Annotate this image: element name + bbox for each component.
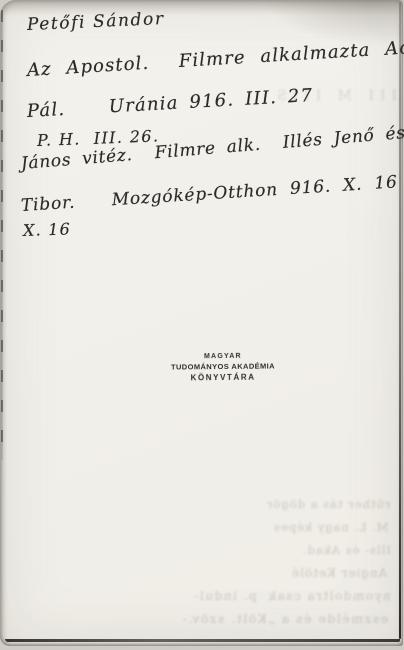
bleedthrough-line: rüther tás a dögör — [266, 497, 391, 511]
scan-left-edge — [1, 10, 3, 460]
bleedthrough-line: Ills- és Akad. — [302, 543, 391, 557]
bleedthrough-line: eszmélde és a „Költ. szöv.- — [181, 611, 388, 626]
handwritten-line-urania-date: Pál. Uránia 916. III. 27 — [26, 85, 313, 122]
handwritten-line-apostol: Az Apostol. Filmre alkalmazta Acél — [26, 36, 404, 81]
scanned-card: III M IIIS Petőfi Sándor Az Apostol. Fil… — [0, 0, 404, 650]
bleedthrough-line: Angier Ketölé — [291, 566, 387, 580]
handwritten-line-mozgokep-otthon: Tibor. Mozgókép-Otthon 916. X. 16 — [20, 172, 398, 216]
stamp-line-magyar: MAGYAR — [166, 352, 280, 360]
scan-bottom-edge — [5, 639, 400, 642]
stamp-line-akademia: TUDOMÁNYOS AKADÉMIA — [166, 361, 280, 371]
bleedthrough-line: M. L. nagy képes — [273, 520, 389, 534]
card-page: III M IIIS Petőfi Sándor Az Apostol. Fil… — [0, 0, 403, 646]
scan-right-edge — [399, 2, 401, 639]
handwritten-line-date-x16: X. 16 — [23, 219, 72, 240]
library-stamp: MAGYAR TUDOMÁNYOS AKADÉMIA KÖNYVTÁRA — [166, 352, 280, 382]
stamp-line-konyvtara: KÖNYVTÁRA — [166, 372, 280, 382]
bleedthrough-line: nyomdoltra csak p. indul- — [193, 589, 391, 603]
